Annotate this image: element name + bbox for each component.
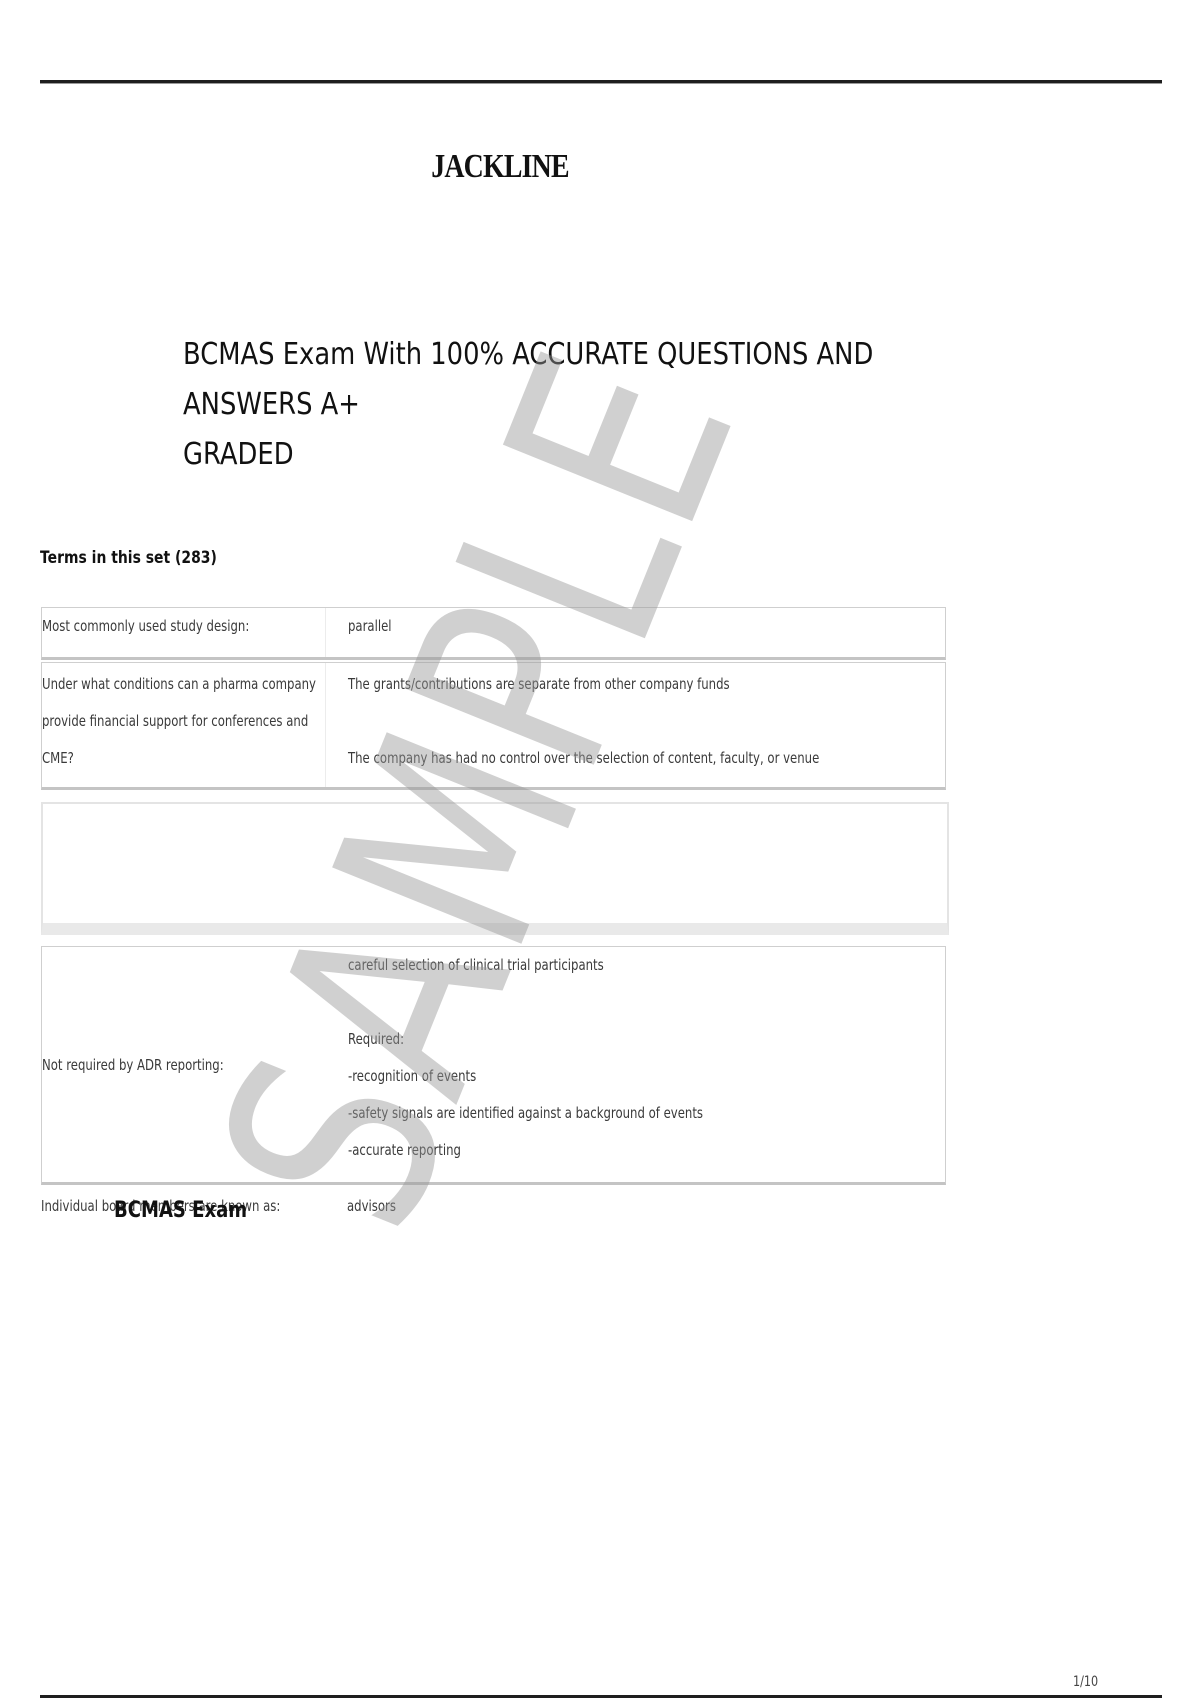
definition-text: parallel [348, 608, 392, 645]
term-line: Most commonly used study design: [42, 608, 249, 645]
term-line: Not required by ADR reporting: [42, 1047, 224, 1084]
page-number: 1/10 [1073, 1674, 1098, 1690]
footer-rule [40, 1695, 1162, 1698]
document-title-line-2: GRADED [183, 430, 940, 480]
column-divider [325, 608, 326, 657]
definition-line: careful selection of clinical trial part… [348, 947, 703, 984]
definition-text: advisors [347, 1188, 396, 1225]
term-text: Most commonly used study design: [42, 608, 249, 645]
author-name: JACKLINE [90, 148, 910, 186]
term-card: Most commonly used study design: paralle… [41, 607, 946, 660]
term-line: Under what conditions can a pharma compa… [42, 666, 316, 703]
definition-line: -accurate reporting [348, 1132, 703, 1169]
definition-line: The company has had no control over the … [348, 740, 819, 777]
definition-text: careful selection of clinical trial part… [348, 947, 703, 1169]
definition-line: Required: [348, 1021, 703, 1058]
definition-line: parallel [348, 608, 392, 645]
column-divider [325, 663, 326, 787]
term-card: Under what conditions can a pharma compa… [41, 662, 946, 790]
term-line: provide financial support for conference… [42, 703, 316, 740]
definition-line: The grants/contributions are separate fr… [348, 666, 819, 703]
definition-text: The grants/contributions are separate fr… [348, 666, 819, 777]
document-title: BCMAS Exam With 100% ACCURATE QUESTIONS … [183, 330, 940, 480]
definition-line: -safety signals are identified against a… [348, 1095, 703, 1132]
terms-count-heading: Terms in this set (283) [40, 548, 217, 568]
definition-line-spacer [348, 984, 703, 1021]
header-rule [40, 80, 1162, 83]
term-text: Not required by ADR reporting: [42, 1047, 224, 1084]
running-footer-label: BCMAS Exam [114, 1198, 247, 1223]
term-card: Not required by ADR reporting: careful s… [41, 946, 946, 1185]
definition-line: -recognition of events [348, 1058, 703, 1095]
term-line: CME? [42, 740, 316, 777]
definition-line-spacer [348, 703, 819, 740]
document-title-line-1: BCMAS Exam With 100% ACCURATE QUESTIONS … [183, 330, 940, 430]
term-text: Under what conditions can a pharma compa… [42, 666, 316, 777]
term-card-empty [41, 802, 949, 935]
